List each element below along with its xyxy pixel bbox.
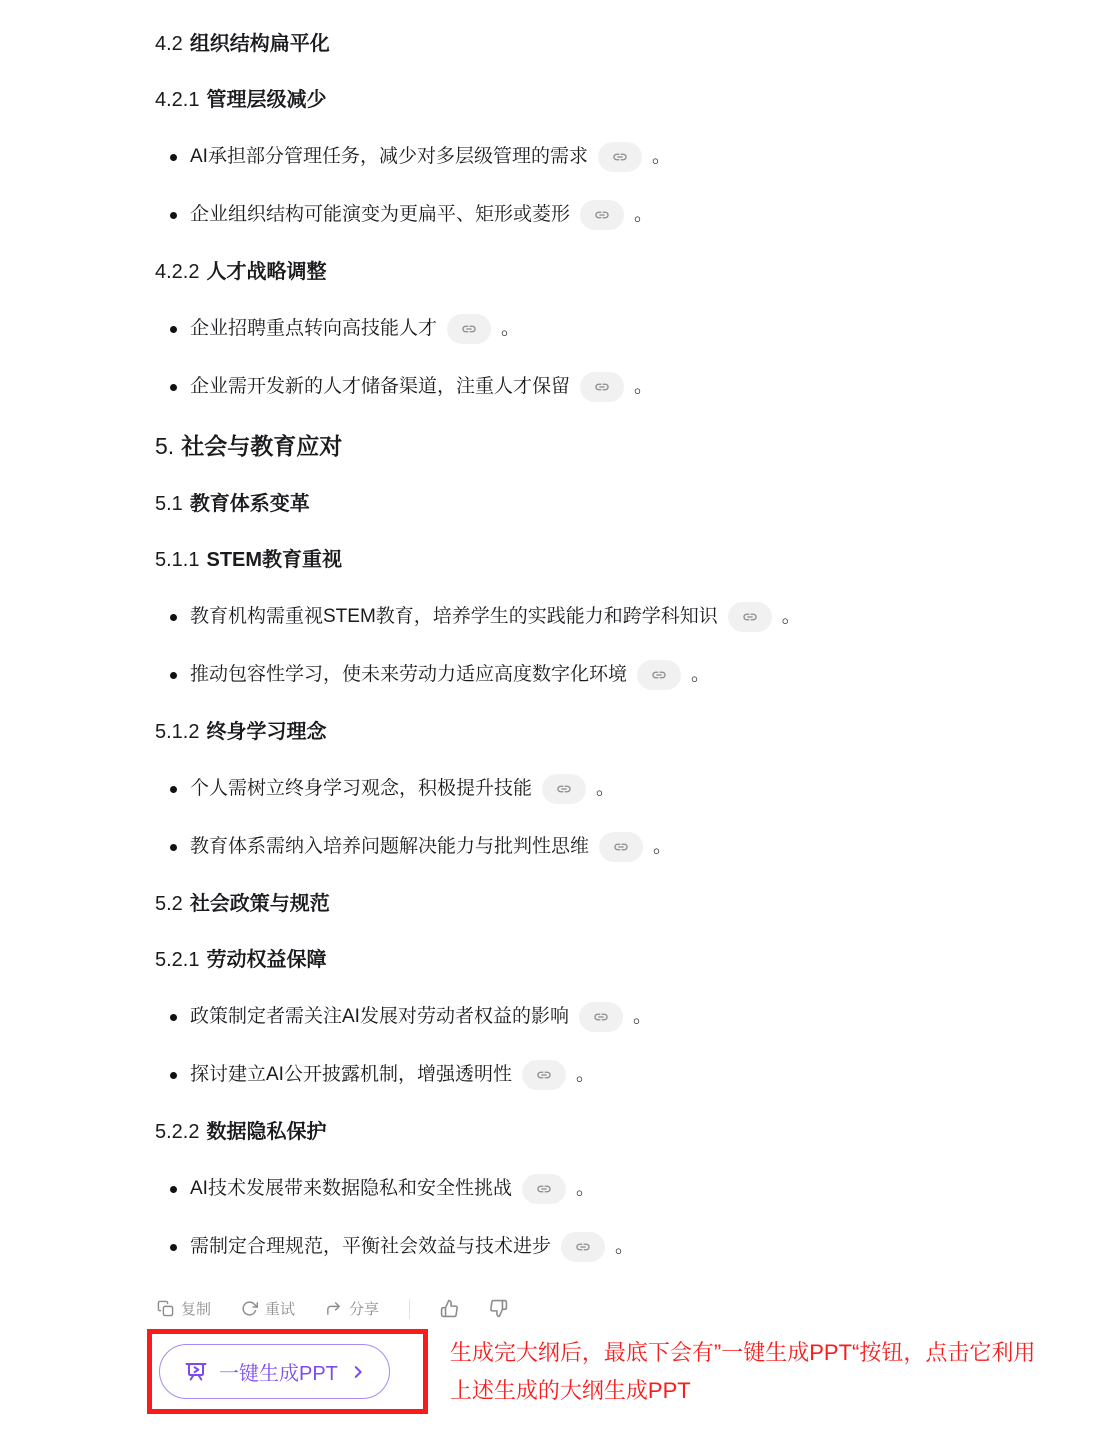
- link-icon: [594, 379, 610, 395]
- list-item: 推动包容性学习，使未来劳动力适应高度数字化环境 。: [155, 660, 1110, 690]
- bullet-period: 。: [576, 1174, 595, 1204]
- thumbs-up-button[interactable]: [440, 1299, 459, 1318]
- list-item: 企业组织结构可能演变为更扁平、矩形或菱形 。: [155, 200, 1110, 230]
- citation-link-pill[interactable]: [522, 1060, 566, 1090]
- list-item: 教育机构需重视STEM教育，培养学生的实践能力和跨学科知识 。: [155, 602, 1110, 632]
- annotation-line-2: 上述生成的大纲生成PPT: [450, 1372, 1035, 1410]
- list-item: AI承担部分管理任务，减少对多层级管理的需求 。: [155, 142, 1110, 172]
- citation-link-pill[interactable]: [447, 314, 491, 344]
- bullet-dot: [170, 844, 177, 851]
- link-icon: [536, 1181, 552, 1197]
- heading-title: 管理层级减少: [206, 89, 326, 111]
- bullet-text: 政策制定者需关注AI发展对劳动者权益的影响: [190, 1002, 569, 1032]
- outline-document: 4.2组织结构扁平化 4.2.1管理层级减少 AI承担部分管理任务，减少对多层级…: [0, 0, 1120, 1262]
- heading-number: 5.2.1: [155, 949, 199, 971]
- bullet-dot: [170, 154, 177, 161]
- heading-4-2-1: 4.2.1管理层级减少: [155, 86, 1110, 114]
- heading-title: 数据隐私保护: [206, 1121, 326, 1143]
- link-icon: [742, 609, 758, 625]
- bullet-text: 探讨建立AI公开披露机制，增强透明性: [190, 1060, 512, 1090]
- heading-5-1-1: 5.1.1STEM教育重视: [155, 546, 1110, 574]
- citation-link-pill[interactable]: [598, 142, 642, 172]
- link-icon: [556, 781, 572, 797]
- bullet-period: 。: [615, 1232, 634, 1262]
- chat-response-pane: { "colors": { "text": "#1b1b1f", "icon_g…: [0, 0, 1120, 1431]
- bullet-text: AI技术发展带来数据隐私和安全性挑战: [190, 1174, 512, 1204]
- bullet-dot: [170, 1072, 177, 1079]
- bullet-period: 。: [653, 832, 672, 862]
- citation-link-pill[interactable]: [579, 1002, 623, 1032]
- list-item: 政策制定者需关注AI发展对劳动者权益的影响 。: [155, 1002, 1110, 1032]
- heading-number: 5.1: [155, 493, 183, 515]
- retry-button[interactable]: 重试: [241, 1298, 295, 1319]
- thumbs-up-icon: [440, 1299, 459, 1318]
- heading-5-1: 5.1教育体系变革: [155, 490, 1110, 518]
- heading-number: 4.2.1: [155, 89, 199, 111]
- heading-title: 社会与教育应对: [181, 433, 342, 459]
- bullet-period: 。: [652, 142, 671, 172]
- annotation-line-1: 生成完大纲后，最底下会有”一键生成PPT“按钮，点击它利用: [450, 1334, 1035, 1372]
- heading-5-2-2: 5.2.2数据隐私保护: [155, 1118, 1110, 1146]
- list-item: 企业招聘重点转向高技能人才 。: [155, 314, 1110, 344]
- annotation-highlight-box: 一键生成PPT: [147, 1329, 428, 1414]
- bullet-period: 。: [576, 1060, 595, 1090]
- citation-link-pill[interactable]: [580, 372, 624, 402]
- bullet-text: 推动包容性学习，使未来劳动力适应高度数字化环境: [190, 660, 627, 690]
- bullet-dot: [170, 1186, 177, 1193]
- heading-5-2: 5.2社会政策与规范: [155, 890, 1110, 918]
- link-icon: [536, 1067, 552, 1083]
- bullet-dot: [170, 212, 177, 219]
- heading-5-2-1: 5.2.1劳动权益保障: [155, 946, 1110, 974]
- heading-title: 终身学习理念: [206, 721, 326, 743]
- thumbs-down-icon: [489, 1299, 508, 1318]
- bullet-text: 企业招聘重点转向高技能人才: [190, 314, 437, 344]
- heading-number: 5.: [155, 433, 174, 459]
- heading-title: 社会政策与规范: [190, 893, 330, 915]
- bullet-text: 教育机构需重视STEM教育，培养学生的实践能力和跨学科知识: [190, 602, 718, 632]
- bullet-dot: [170, 614, 177, 621]
- bullet-text: 个人需树立终身学习观念，积极提升技能: [190, 774, 532, 804]
- bullet-dot: [170, 326, 177, 333]
- link-icon: [593, 1009, 609, 1025]
- heading-4-2: 4.2组织结构扁平化: [155, 30, 1110, 58]
- share-button[interactable]: 分享: [325, 1298, 379, 1319]
- toolbar-divider: [409, 1299, 410, 1319]
- annotation-note: 生成完大纲后，最底下会有”一键生成PPT“按钮，点击它利用 上述生成的大纲生成P…: [450, 1334, 1035, 1410]
- bullet-period: 。: [501, 314, 520, 344]
- chevron-right-icon: [349, 1363, 367, 1381]
- generate-ppt-button[interactable]: 一键生成PPT: [159, 1344, 390, 1399]
- link-icon: [613, 839, 629, 855]
- citation-link-pill[interactable]: [522, 1174, 566, 1204]
- heading-title: 劳动权益保障: [206, 949, 326, 971]
- bullet-dot: [170, 786, 177, 793]
- copy-icon: [157, 1300, 174, 1317]
- citation-link-pill[interactable]: [637, 660, 681, 690]
- bullet-dot: [170, 672, 177, 679]
- bullet-period: 。: [782, 602, 801, 632]
- list-item: 需制定合理规范，平衡社会效益与技术进步 。: [155, 1232, 1110, 1262]
- bullet-text: 教育体系需纳入培养问题解决能力与批判性思维: [190, 832, 589, 862]
- heading-title: 教育体系变革: [190, 493, 310, 515]
- copy-button[interactable]: 复制: [157, 1298, 211, 1319]
- citation-link-pill[interactable]: [561, 1232, 605, 1262]
- link-icon: [575, 1239, 591, 1255]
- bullet-period: 。: [596, 774, 615, 804]
- citation-link-pill[interactable]: [599, 832, 643, 862]
- citation-link-pill[interactable]: [542, 774, 586, 804]
- link-icon: [612, 149, 628, 165]
- bullet-text: 企业需开发新的人才储备渠道，注重人才保留: [190, 372, 570, 402]
- list-item: AI技术发展带来数据隐私和安全性挑战 。: [155, 1174, 1110, 1204]
- share-icon: [325, 1300, 342, 1317]
- heading-title: STEM教育重视: [206, 549, 342, 571]
- heading-5: 5.社会与教育应对: [155, 430, 1110, 462]
- link-icon: [594, 207, 610, 223]
- share-label: 分享: [349, 1298, 379, 1319]
- heading-number: 5.1.1: [155, 549, 199, 571]
- heading-number: 5.2: [155, 893, 183, 915]
- thumbs-down-button[interactable]: [489, 1299, 508, 1318]
- citation-link-pill[interactable]: [580, 200, 624, 230]
- bullet-text: 企业组织结构可能演变为更扁平、矩形或菱形: [190, 200, 570, 230]
- heading-number: 5.2.2: [155, 1121, 199, 1143]
- bullet-dot: [170, 384, 177, 391]
- bullet-text: AI承担部分管理任务，减少对多层级管理的需求: [190, 142, 588, 172]
- link-icon: [461, 321, 477, 337]
- list-item: 教育体系需纳入培养问题解决能力与批判性思维 。: [155, 832, 1110, 862]
- bullet-dot: [170, 1244, 177, 1251]
- bullet-period: 。: [634, 372, 653, 402]
- heading-number: 4.2: [155, 33, 183, 55]
- generate-ppt-label: 一键生成PPT: [219, 1357, 338, 1386]
- response-toolbar: 复制 重试 分享: [0, 1298, 1120, 1319]
- heading-5-1-2: 5.1.2终身学习理念: [155, 718, 1110, 746]
- copy-label: 复制: [181, 1298, 211, 1319]
- heading-number: 5.1.2: [155, 721, 199, 743]
- cta-annotation-row: 一键生成PPT 生成完大纲后，最底下会有”一键生成PPT“按钮，点击它利用 上述…: [147, 1329, 1120, 1414]
- list-item: 探讨建立AI公开披露机制，增强透明性 。: [155, 1060, 1110, 1090]
- heading-4-2-2: 4.2.2人才战略调整: [155, 258, 1110, 286]
- presentation-icon: [184, 1360, 208, 1384]
- heading-title: 人才战略调整: [206, 261, 326, 283]
- bullet-dot: [170, 1014, 177, 1021]
- bullet-period: 。: [634, 200, 653, 230]
- citation-link-pill[interactable]: [728, 602, 772, 632]
- bullet-text: 需制定合理规范，平衡社会效益与技术进步: [190, 1232, 551, 1262]
- link-icon: [651, 667, 667, 683]
- retry-label: 重试: [265, 1298, 295, 1319]
- list-item: 企业需开发新的人才储备渠道，注重人才保留 。: [155, 372, 1110, 402]
- retry-icon: [241, 1300, 258, 1317]
- heading-title: 组织结构扁平化: [190, 33, 330, 55]
- bullet-period: 。: [633, 1002, 652, 1032]
- bullet-period: 。: [691, 660, 710, 690]
- list-item: 个人需树立终身学习观念，积极提升技能 。: [155, 774, 1110, 804]
- heading-number: 4.2.2: [155, 261, 199, 283]
